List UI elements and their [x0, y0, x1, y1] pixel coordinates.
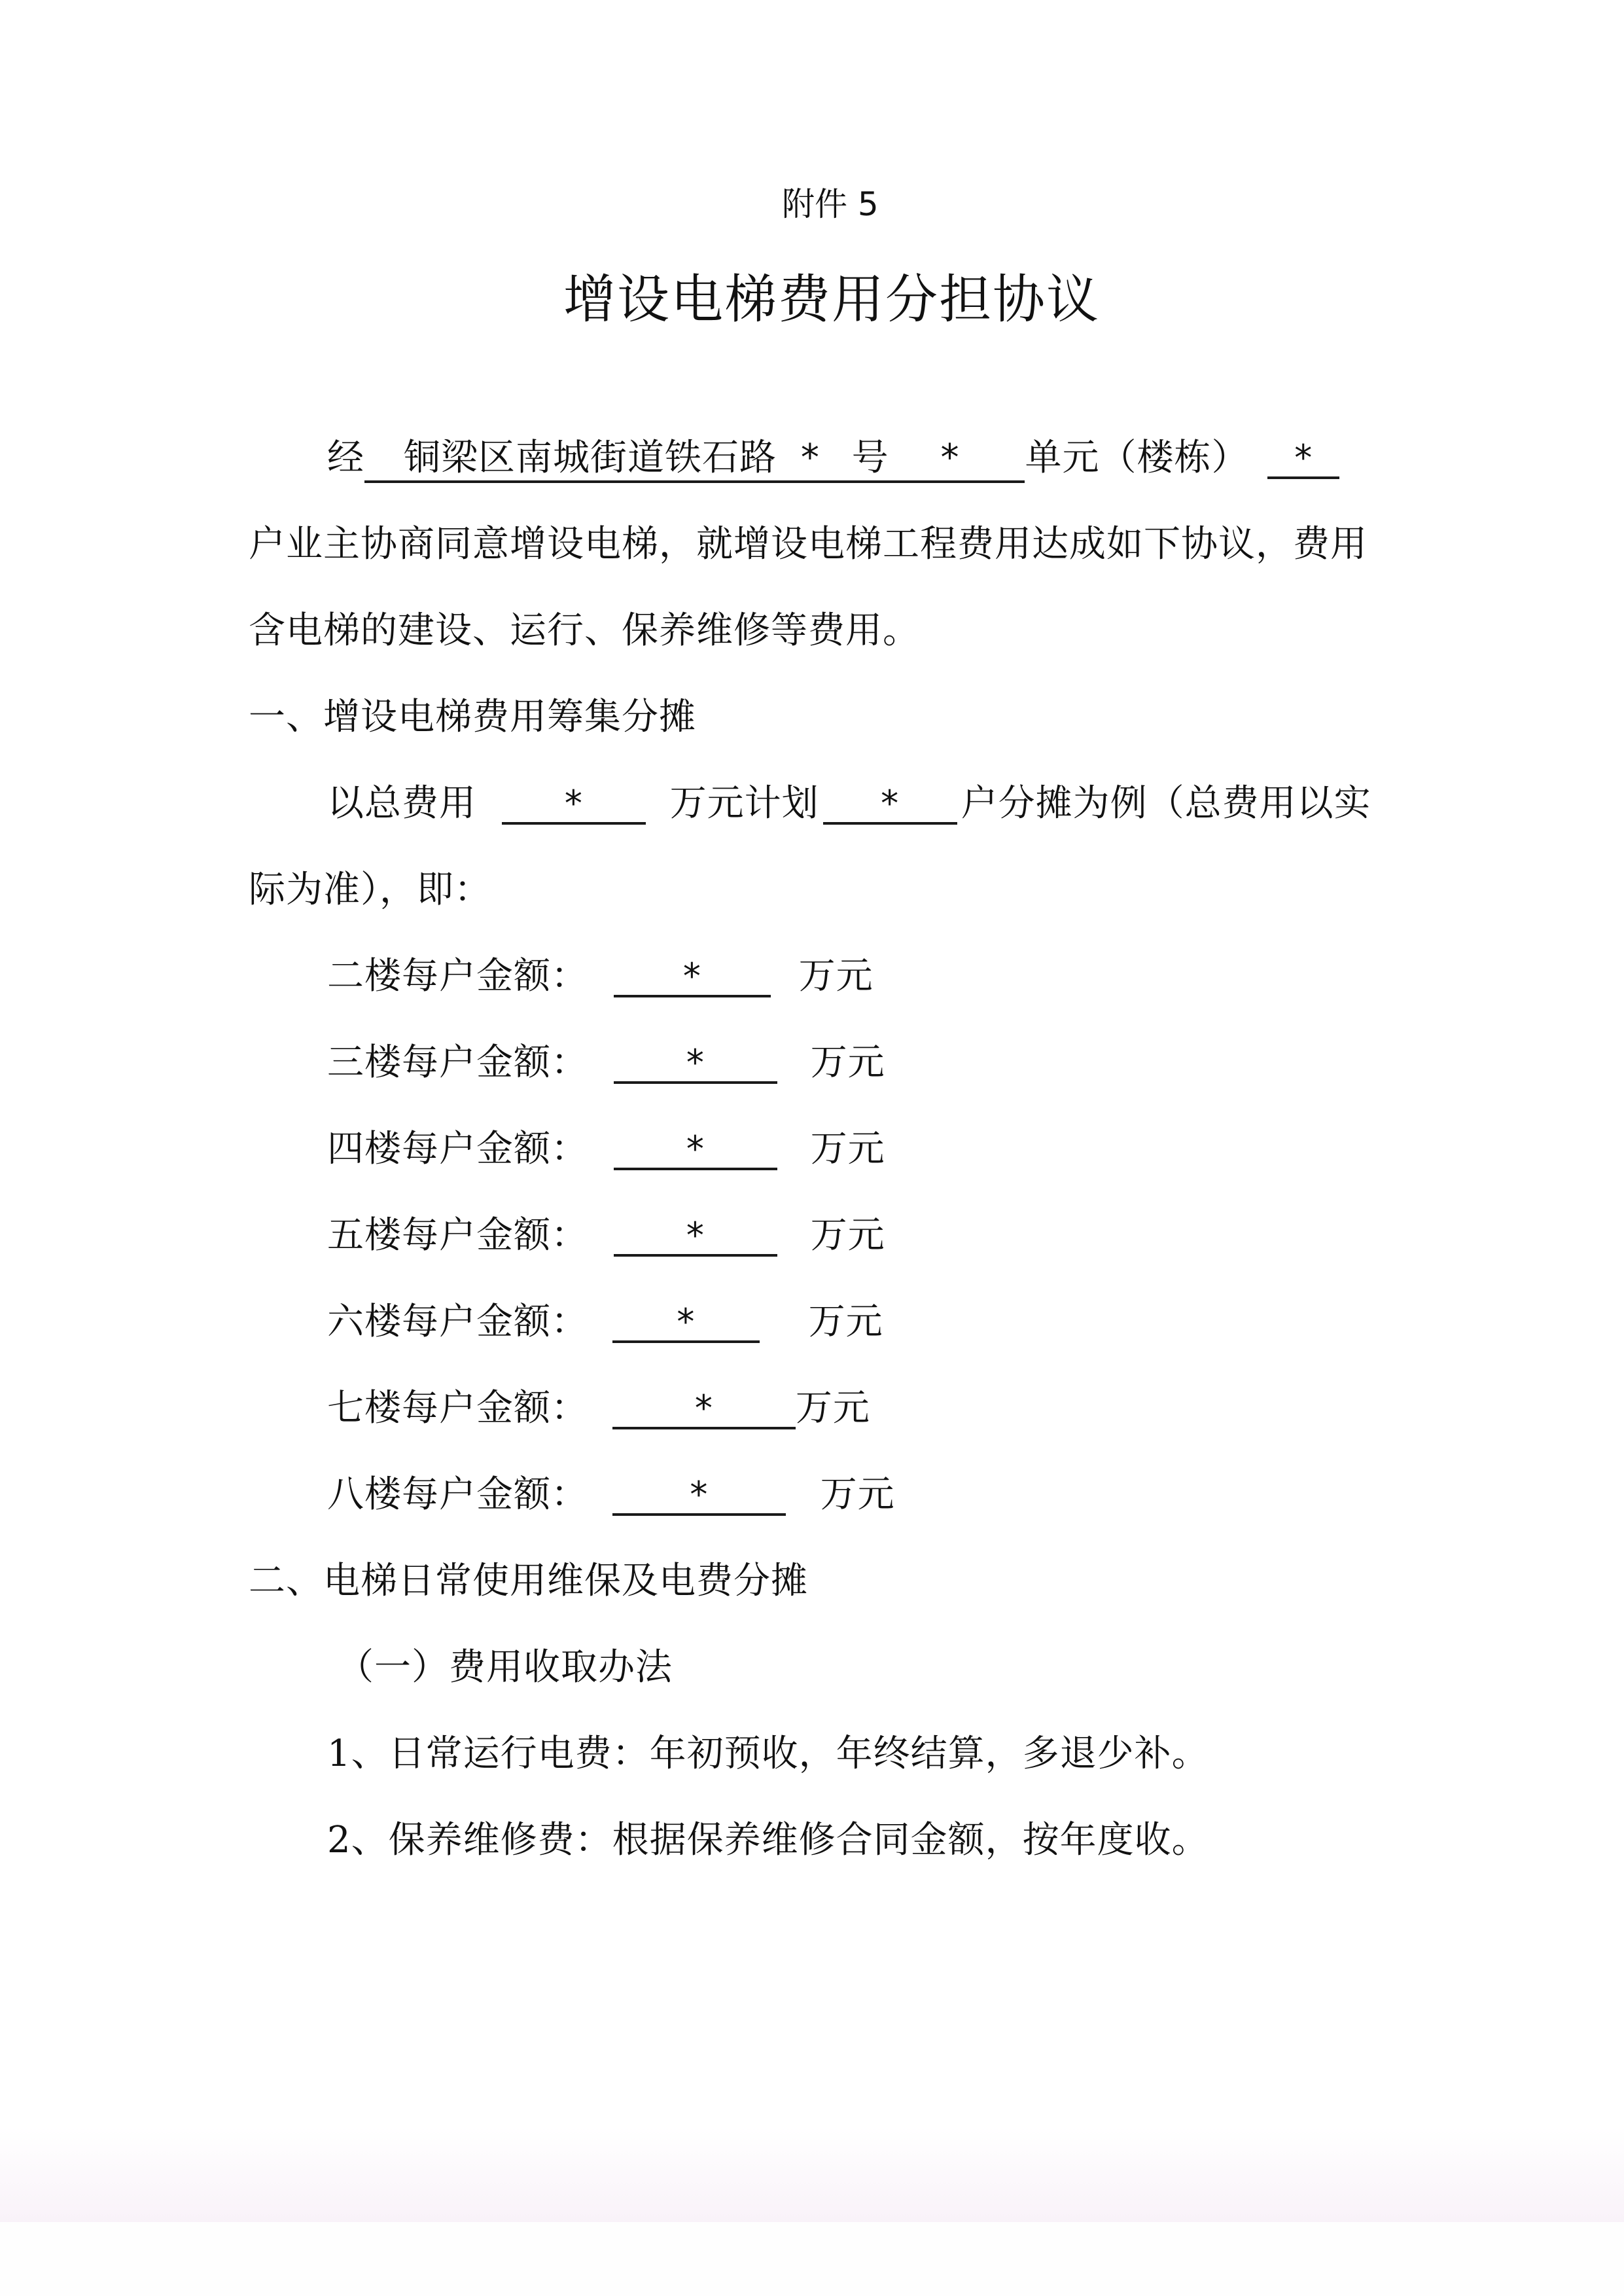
scan-tint — [0, 2127, 1624, 2222]
intro-line-2: 户业主协商同意增设电梯，就增设电梯工程费用达成如下协议，费用 — [249, 522, 1368, 567]
floor-unit: 万元 — [796, 1387, 870, 1429]
floor-amount-field[interactable]: * — [612, 1475, 786, 1516]
floor-unit: 万元 — [811, 1214, 885, 1257]
attachment-label: 附件 5 — [782, 185, 879, 224]
floor-unit: 万元 — [799, 955, 874, 997]
plan-households-value: * — [881, 783, 899, 824]
document-title: 增设电梯费用分担协议 — [0, 267, 1624, 332]
floor-amount-field[interactable]: * — [612, 1389, 796, 1429]
section2-subheading: （一）费用收取办法 — [337, 1645, 673, 1691]
floor-unit: 万元 — [811, 1128, 885, 1170]
floor-amount-field[interactable]: * — [614, 1130, 777, 1170]
floor-amount-value: * — [686, 1215, 705, 1256]
total-cost-value: * — [565, 783, 583, 824]
floor-unit: 万元 — [809, 1300, 883, 1343]
floor-label: 六楼每户金额： — [327, 1300, 588, 1343]
floor-row: 五楼每户金额： * 万元 — [327, 1213, 885, 1259]
address-value: 铜梁区南城街道铁石路 — [404, 437, 777, 479]
building-no-value: * — [801, 437, 820, 479]
plan-households-field[interactable]: * — [823, 784, 957, 825]
total-prefix: 以总费用 — [327, 782, 476, 825]
floor-amount-value: * — [677, 1301, 695, 1342]
floor-unit: 万元 — [821, 1473, 895, 1516]
floor-amount-value: * — [690, 1474, 708, 1515]
floor-row: 六楼每户金额： * 万元 — [327, 1299, 883, 1345]
total-cost-field[interactable]: * — [502, 784, 646, 825]
intro-line-3: 含电梯的建设、运行、保养维修等费用。 — [249, 608, 920, 654]
item-number: 2、 — [327, 1819, 389, 1861]
floor-amount-field[interactable]: * — [614, 1043, 777, 1084]
section2-heading: 二、电梯日常使用维保及电费分摊 — [249, 1558, 808, 1604]
floor-amount-value: * — [686, 1042, 705, 1083]
unit-label: 单元（楼栋） — [1025, 437, 1248, 479]
unit-value: * — [940, 437, 959, 479]
households-value: * — [1294, 437, 1313, 478]
total-suffix: 户分摊为例（总费用以实 — [961, 782, 1371, 825]
floor-label: 二楼每户金额： — [327, 955, 588, 997]
floor-amount-field[interactable]: * — [614, 957, 771, 997]
floor-row: 七楼每户金额： *万元 — [327, 1386, 870, 1431]
item-number: 1、 — [327, 1732, 389, 1775]
scan-edge — [0, 2222, 1624, 2296]
floor-amount-field[interactable]: * — [612, 1302, 760, 1343]
floor-label: 五楼每户金额： — [327, 1214, 588, 1257]
floor-row: 四楼每户金额： * 万元 — [327, 1126, 885, 1172]
floor-amount-value: * — [686, 1128, 705, 1170]
total-mid: 万元计划 — [670, 782, 819, 825]
section1-heading: 一、增设电梯费用筹集分摊 — [249, 694, 696, 740]
building-no-label: 号 — [852, 437, 889, 479]
floor-label: 八楼每户金额： — [327, 1473, 588, 1516]
intro-prefix: 经 — [327, 437, 364, 479]
address-field[interactable]: 铜梁区南城街道铁石路 * 号 * — [364, 437, 1025, 483]
floor-amount-field[interactable]: * — [614, 1216, 777, 1257]
section2-item: 1、日常运行电费：年初预收，年终结算，多退少补。 — [327, 1731, 1209, 1777]
section1-para-line-2: 际为准），即： — [249, 867, 491, 913]
floor-row: 二楼每户金额： * 万元 — [327, 954, 874, 999]
floor-amount-value: * — [683, 956, 701, 997]
floor-unit: 万元 — [811, 1041, 885, 1084]
item-text: 保养维修费：根据保养维修合同金额，按年度收。 — [389, 1819, 1209, 1861]
floor-row: 三楼每户金额： * 万元 — [327, 1040, 885, 1086]
households-field[interactable]: * — [1267, 439, 1339, 479]
floor-row: 八楼每户金额： * 万元 — [327, 1472, 895, 1518]
floor-amount-value: * — [695, 1388, 713, 1429]
intro-line-1: 经铜梁区南城街道铁石路 * 号 *单元（楼栋） * — [327, 435, 1343, 481]
item-text: 日常运行电费：年初预收，年终结算，多退少补。 — [389, 1732, 1209, 1775]
section1-para-line-1: 以总费用 * 万元计划*户分摊为例（总费用以实 — [327, 781, 1371, 827]
floor-label: 四楼每户金额： — [327, 1128, 588, 1170]
floor-label: 七楼每户金额： — [327, 1387, 588, 1429]
section2-item: 2、保养维修费：根据保养维修合同金额，按年度收。 — [327, 1818, 1209, 1863]
floor-label: 三楼每户金额： — [327, 1041, 588, 1084]
